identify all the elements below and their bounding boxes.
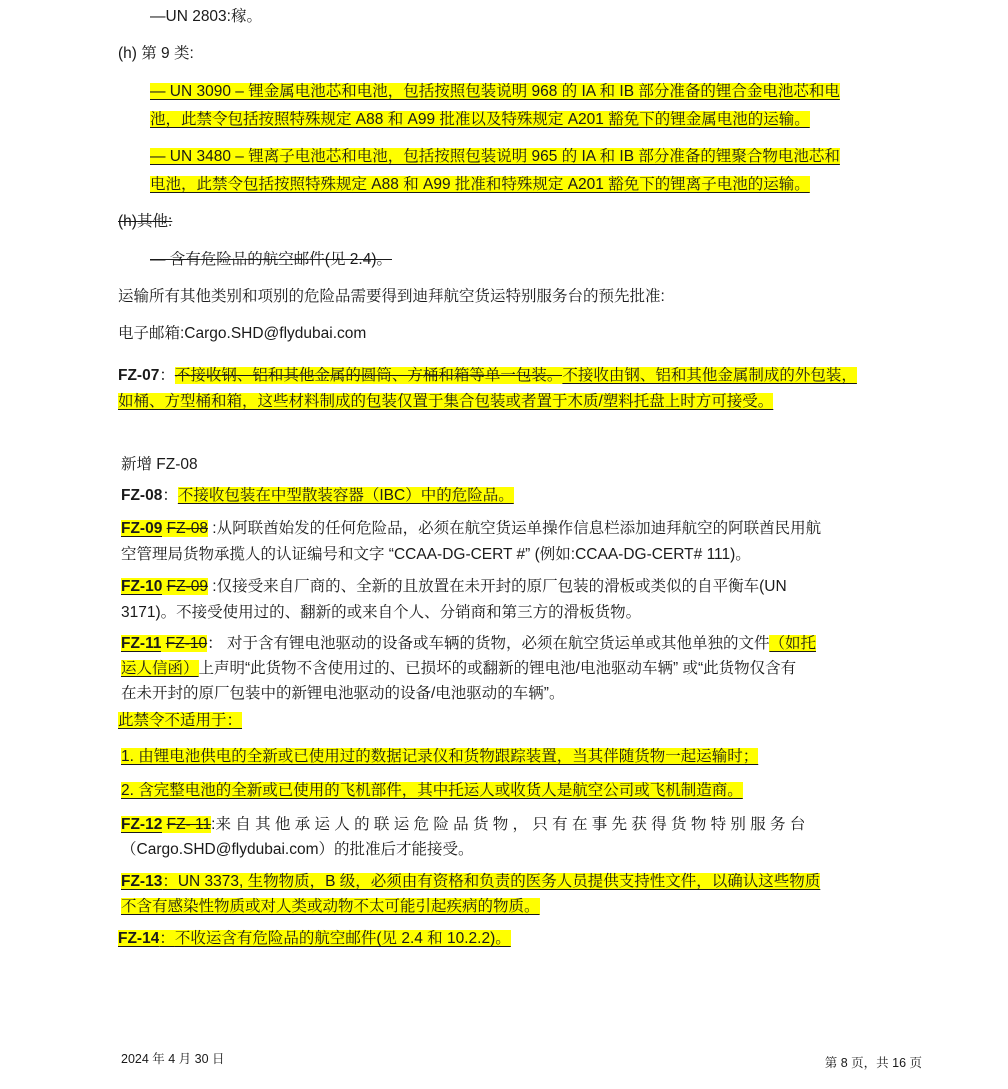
exemption-item-1: 1. 由锂电池供电的全新或已使用过的数据记录仪和货物跟踪装置，当其伴随货物一起运… — [121, 743, 758, 771]
fz11-old-code: FZ-10 — [166, 635, 207, 652]
fz07-paragraph: FZ-07：不接收钢、铝和其他金属的圆筒、方桶和箱等单一包装。不接收由钢、铝和其… — [118, 362, 857, 416]
class9-item-un3090: — UN 3090 – 锂金属电池芯和电池，包括按照包装说明 968 的 IA … — [150, 78, 840, 134]
class9-heading: (h) 第 9 类: — [118, 40, 194, 68]
fz14-code: FZ-14 — [118, 930, 159, 947]
fz09-line2: 空管理局货物承揽人的认证编号和文字 “CCAA-DG-CERT #” (例如:C… — [121, 542, 821, 568]
exemption-label-text: 此禁令不适用于： — [118, 712, 242, 729]
un3090-line1: — UN 3090 – 锂金属电池芯和电池，包括按照包装说明 968 的 IA … — [150, 83, 840, 100]
exemption-item-2: 2. 含完整电池的全新或已使用的飞机部件，其中托运人或收货人是航空公司或飞机制造… — [121, 777, 743, 805]
fz10-line1: :仅接受来自厂商的、全新的且放置在未开封的原厂包装的滑板或类似的自平衡车(UN — [208, 578, 787, 595]
fz10-paragraph: FZ-10 FZ-09 :仅接受来自厂商的、全新的且放置在未开封的原厂包装的滑板… — [121, 574, 787, 626]
un2803-line: —UN 2803:稼。 — [150, 3, 262, 31]
fz11-line3: 在未开封的原厂包装中的新锂电池驱动的设备/电池驱动的车辆”。 — [121, 681, 816, 706]
fz13-sep: ： — [162, 873, 178, 890]
fz13-paragraph: FZ-13：UN 3373, 生物物质，B 级，必须由有资格和负责的医务人员提供… — [121, 869, 820, 919]
fz07-added-line2: 如桶、方型桶和箱，这些材料制成的包装仅置于集合包装或者置于木质/塑料托盘上时方可… — [118, 393, 773, 410]
fz12-line2: （Cargo.SHD@flydubai.com）的批准后才能接受。 — [121, 837, 805, 862]
fz09-line1: :从阿联酋始发的任何危险品，必须在航空货运单操作信息栏添加迪拜航空的阿联酋民用航 — [208, 520, 821, 537]
deleted-other-heading: (h)其他: — [118, 208, 172, 236]
exemption-label: 此禁令不适用于： — [118, 707, 242, 735]
fz12-new-code: FZ-12 — [121, 816, 162, 833]
approval-text: 运输所有其他类别和项别的危险品需要得到迪拜航空货运特别服务台的预先批准: — [118, 283, 665, 311]
un3480-line2: 电池，此禁令包括按照特殊规定 A88 和 A99 批准和特殊规定 A201 豁免… — [150, 176, 810, 193]
deleted-other-item: — 含有危险品的航空邮件(见 2.4)。 — [150, 246, 392, 274]
fz11-new-code: FZ-11 — [121, 635, 161, 652]
fz07-sep: ： — [159, 367, 175, 384]
footer-date: 2024 年 4 月 30 日 — [121, 1049, 225, 1067]
fz11-line1-text: ： 对于含有锂电池驱动的设备或车辆的货物，必须在航空货运单或其他单独的文件 — [207, 635, 769, 652]
fz07-code: FZ-07 — [118, 367, 159, 384]
exemption-item-1-text: 1. 由锂电池供电的全新或已使用过的数据记录仪和货物跟踪装置，当其伴随货物一起运… — [121, 748, 758, 765]
fz07-added-line1: 不接收由钢、铝和其他金属制成的外包装， — [562, 367, 857, 384]
footer-page-number: 第 8 页，共 16 页 — [825, 1053, 922, 1071]
fz11-paragraph: FZ-11 FZ-10： 对于含有锂电池驱动的设备或车辆的货物，必须在航空货运单… — [121, 631, 816, 706]
fz12-paragraph: FZ-12 FZ- 11:来 自 其 他 承 运 人 的 联 运 危 险 品 货… — [121, 812, 805, 862]
fz07-deleted: 不接收钢、铝和其他金属的圆筒、方桶和箱等单一包装。 — [175, 367, 563, 384]
fz09-paragraph: FZ-09 FZ-08 :从阿联酋始发的任何危险品，必须在航空货运单操作信息栏添… — [121, 516, 821, 568]
fz09-old-code: FZ-08 — [167, 520, 208, 537]
fz10-old-code: FZ-09 — [167, 578, 208, 595]
exemption-item-2-text: 2. 含完整电池的全新或已使用的飞机部件，其中托运人或收货人是航空公司或飞机制造… — [121, 782, 743, 799]
fz14-sep: ： — [159, 930, 175, 947]
fz14-paragraph: FZ-14：不收运含有危险品的航空邮件(见 2.4 和 10.2.2)。 — [118, 925, 511, 953]
un3480-line1: — UN 3480 – 锂离子电池芯和电池，包括按照包装说明 965 的 IA … — [150, 148, 840, 165]
un3090-line2: 池，此禁令包括按照特殊规定 A88 和 A99 批准以及特殊规定 A201 豁免… — [150, 111, 810, 128]
fz13-code: FZ-13 — [121, 873, 162, 890]
fz08-code: FZ-08 — [121, 487, 162, 504]
fz09-new-code: FZ-09 — [121, 520, 162, 537]
fz11-line2-added: 运人信函） — [121, 660, 199, 677]
email-text: 电子邮箱:Cargo.SHD@flydubai.com — [118, 320, 366, 348]
fz11-line2-text: 上声明“此货物不含使用过的、已损坏的或翻新的锂电池/电池驱动车辆” 或“此货物仅… — [199, 660, 797, 677]
fz12-old-code: FZ- 11 — [167, 816, 212, 833]
fz10-line2: 3171)。不接受使用过的、翻新的或来自个人、分销商和第三方的滑板货物。 — [121, 600, 787, 626]
fz10-new-code: FZ-10 — [121, 578, 162, 595]
fz12-line1: :来 自 其 他 承 运 人 的 联 运 危 险 品 货 物 ， 只 有 在 事… — [211, 816, 805, 833]
fz08-sep: ： — [162, 487, 178, 504]
class9-item-un3480: — UN 3480 – 锂离子电池芯和电池，包括按照包装说明 965 的 IA … — [150, 143, 840, 199]
fz11-line1-added: （如托 — [769, 635, 816, 652]
fz08-text: 不接收包装在中型散装容器（IBC）中的危险品。 — [178, 487, 514, 504]
fz08-paragraph: FZ-08：不接收包装在中型散装容器（IBC）中的危险品。 — [121, 482, 514, 510]
new-fz08-note: 新增 FZ-08 — [121, 451, 198, 479]
fz13-line1: UN 3373, 生物物质，B 级，必须由有资格和负责的医务人员提供支持性文件，… — [178, 873, 820, 890]
fz14-text: 不收运含有危险品的航空邮件(见 2.4 和 10.2.2)。 — [175, 930, 511, 947]
fz13-line2: 不含有感染性物质或对人类或动物不太可能引起疾病的物质。 — [121, 898, 540, 915]
